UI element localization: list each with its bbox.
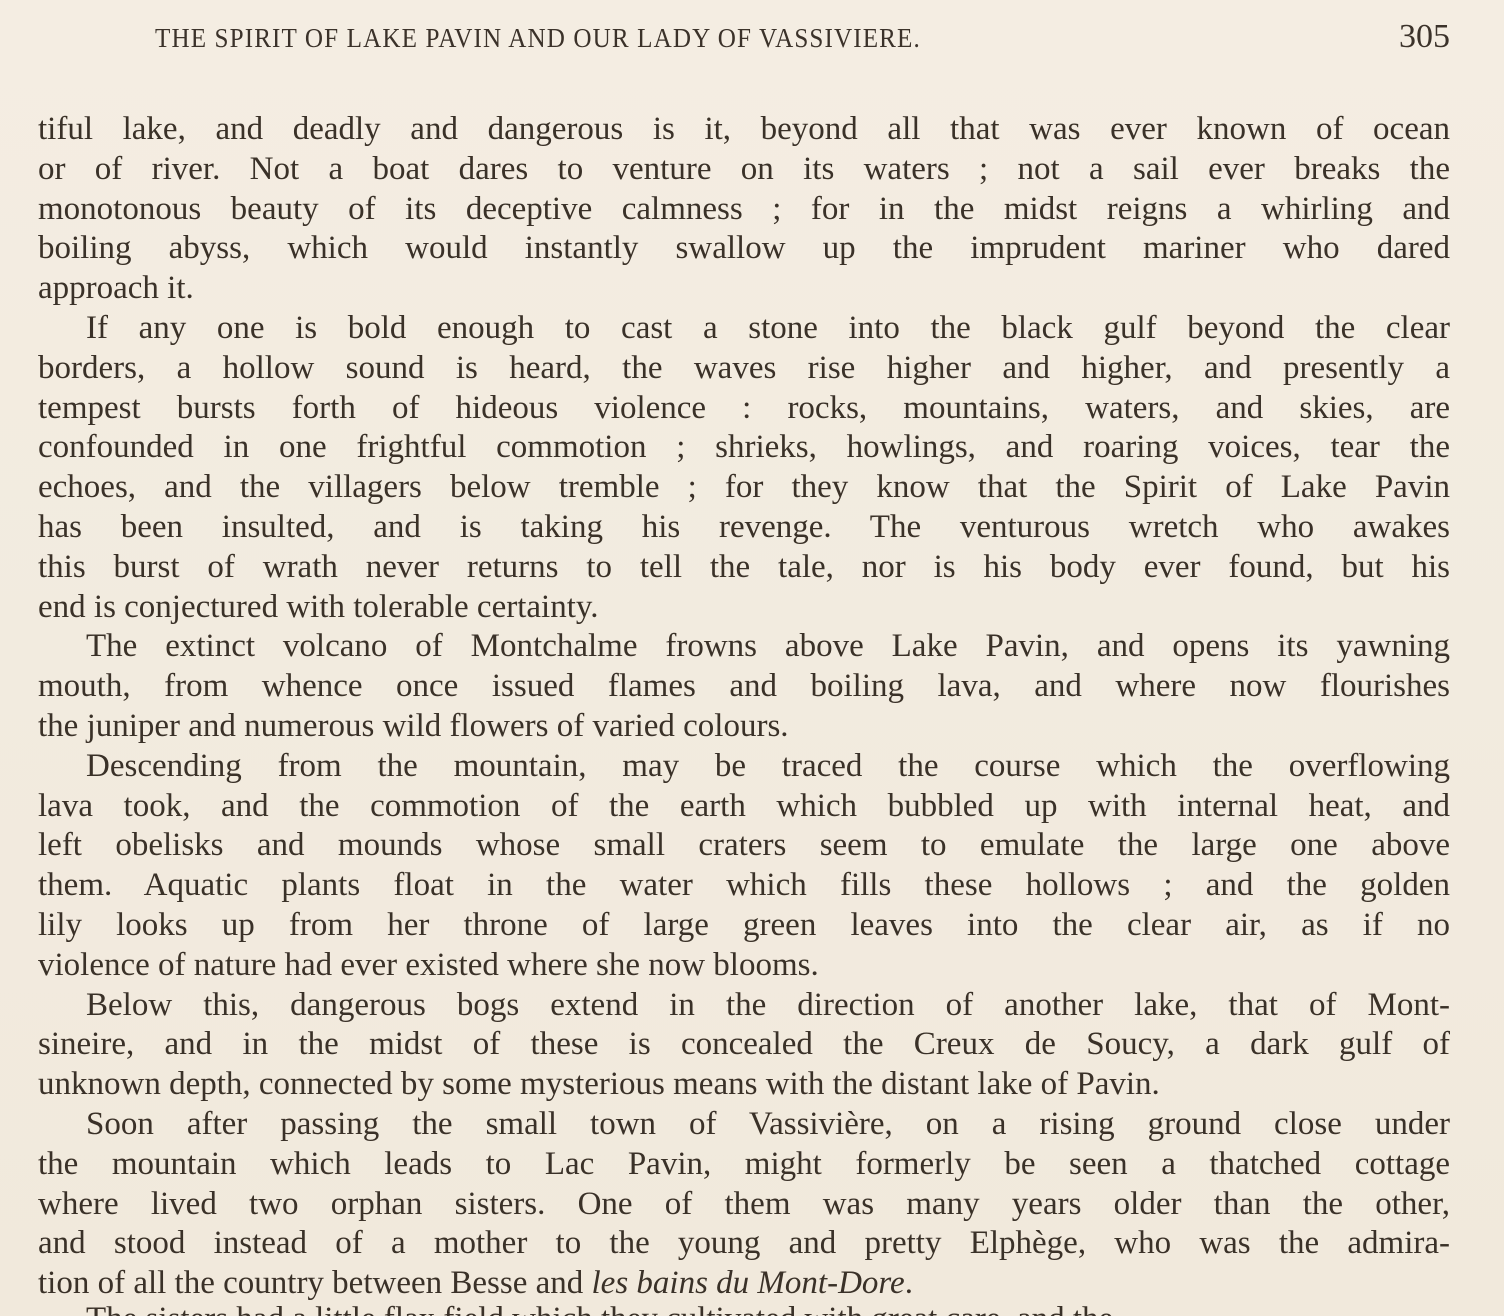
text-line: the juniper and numerous wild flowers of… xyxy=(38,707,1450,747)
paragraph-6: Soon after passing the small town of Vas… xyxy=(38,1105,1450,1304)
text-line: where lived two orphan sisters. One of t… xyxy=(38,1185,1450,1225)
text-line: left obelisks and mounds whose small cra… xyxy=(38,826,1450,866)
text-span: . xyxy=(905,1265,913,1301)
text-line: tion of all the country between Besse an… xyxy=(38,1264,1450,1304)
cutoff-line: The sisters had a little flax field whic… xyxy=(86,1300,1113,1316)
text-line: this burst of wrath never returns to tel… xyxy=(38,548,1450,588)
paragraph-4: Descending from the mountain, may be tra… xyxy=(38,747,1450,986)
text-line: approach it. xyxy=(38,269,1450,309)
text-line: monotonous beauty of its deceptive calmn… xyxy=(38,190,1450,230)
text-line: or of river. Not a boat dares to venture… xyxy=(38,150,1450,190)
text-line: end is conjectured with tolerable certai… xyxy=(38,588,1450,628)
text-line: tiful lake, and deadly and dangerous is … xyxy=(38,110,1450,150)
text-line: has been insulted, and is taking his rev… xyxy=(38,508,1450,548)
text-line: boiling abyss, which would instantly swa… xyxy=(38,229,1450,269)
book-page: The Spirit of Lake Pavin and Our Lady of… xyxy=(0,0,1504,1316)
running-header: The Spirit of Lake Pavin and Our Lady of… xyxy=(155,18,1450,58)
text-line: them. Aquatic plants float in the water … xyxy=(38,866,1450,906)
text-line: Descending from the mountain, may be tra… xyxy=(38,747,1450,787)
text-line: the mountain which leads to Lac Pavin, m… xyxy=(38,1145,1450,1185)
text-line: sineire, and in the midst of these is co… xyxy=(38,1025,1450,1065)
paragraph-1: tiful lake, and deadly and dangerous is … xyxy=(38,110,1450,309)
text-line: and stood instead of a mother to the you… xyxy=(38,1224,1450,1264)
text-line: The extinct volcano of Montchalme frowns… xyxy=(38,627,1450,667)
text-line: If any one is bold enough to cast a ston… xyxy=(38,309,1450,349)
paragraph-3: The extinct volcano of Montchalme frowns… xyxy=(38,627,1450,746)
text-span: tion of all the country between Besse an… xyxy=(38,1265,592,1301)
text-line: confounded in one frightful commotion ; … xyxy=(38,428,1450,468)
text-line: Below this, dangerous bogs extend in the… xyxy=(38,986,1450,1026)
running-title: The Spirit of Lake Pavin and Our Lady of… xyxy=(155,23,921,54)
text-line: tempest bursts forth of hideous violence… xyxy=(38,389,1450,429)
text-line: mouth, from whence once issued flames an… xyxy=(38,667,1450,707)
paragraph-2: If any one is bold enough to cast a ston… xyxy=(38,309,1450,627)
text-line: unknown depth, connected by some mysteri… xyxy=(38,1065,1450,1105)
text-line: lily looks up from her throne of large g… xyxy=(38,906,1450,946)
text-line: Soon after passing the small town of Vas… xyxy=(38,1105,1450,1145)
paragraph-5: Below this, dangerous bogs extend in the… xyxy=(38,986,1450,1105)
text-line: borders, a hollow sound is heard, the wa… xyxy=(38,349,1450,389)
text-line: violence of nature had ever existed wher… xyxy=(38,946,1450,986)
body-text: tiful lake, and deadly and dangerous is … xyxy=(38,110,1450,1304)
italic-place-name: les bains du Mont-Dore xyxy=(592,1265,905,1301)
text-line: echoes, and the villagers below tremble … xyxy=(38,468,1450,508)
page-number: 305 xyxy=(1399,18,1450,56)
text-line: lava took, and the commotion of the eart… xyxy=(38,787,1450,827)
